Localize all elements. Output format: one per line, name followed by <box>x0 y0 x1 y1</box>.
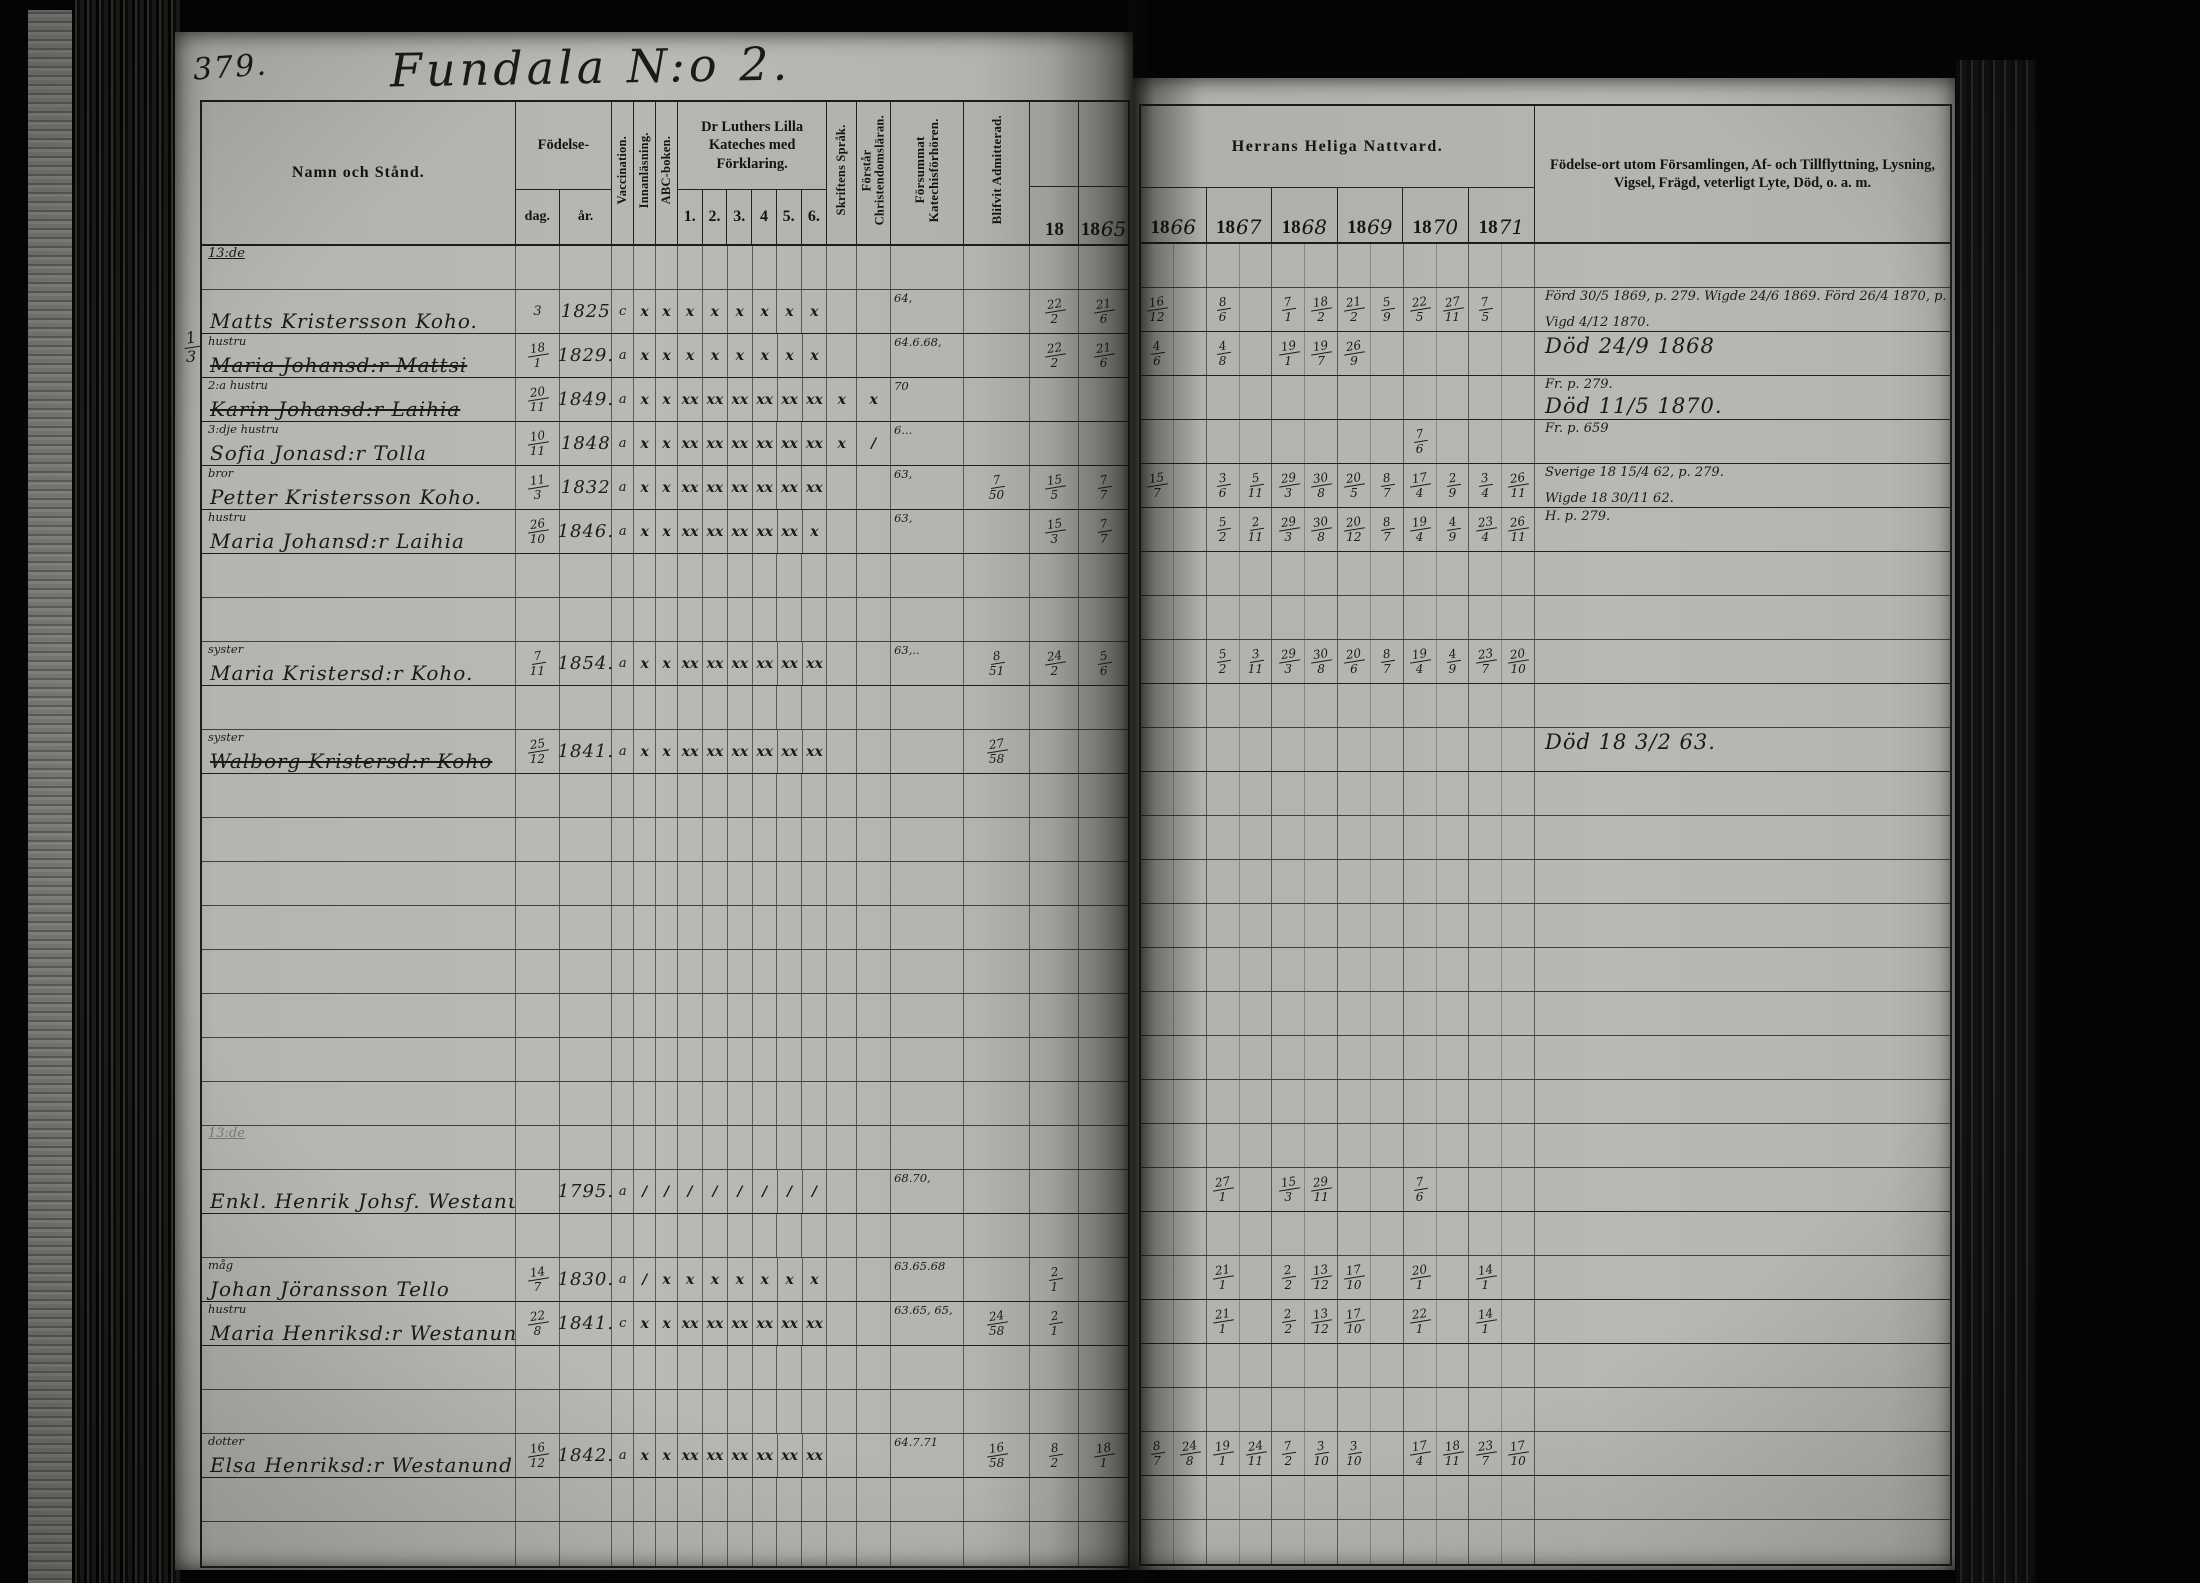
d: 3 <box>1284 487 1292 499</box>
birth-day-cell <box>516 1478 561 1521</box>
d: 11 <box>1510 487 1525 499</box>
n: 30 <box>1309 514 1332 531</box>
communion-date <box>1141 244 1174 287</box>
reading-mark-cell: x <box>634 290 656 333</box>
reading-mark-cell: xx <box>678 730 703 773</box>
remarks-cell: Fr. p. 659 <box>1535 420 1950 463</box>
d: 1 <box>1219 1191 1227 1203</box>
communion-date <box>1272 684 1305 727</box>
reading-mark-cell <box>634 950 656 993</box>
communion-date <box>1404 332 1437 375</box>
forsummat-cell <box>891 598 964 641</box>
communion-date <box>1305 1080 1337 1123</box>
ledger-row-left-10 <box>202 686 1128 730</box>
reading-mark-cell: xx <box>753 642 778 685</box>
year18a-cell: 222 <box>1030 334 1079 377</box>
communion-year-cell <box>1207 1124 1273 1167</box>
date-fraction: 87 <box>1380 472 1394 499</box>
year-script: 70 <box>1433 215 1458 239</box>
d: 2 <box>1050 313 1058 325</box>
date-fraction: 194 <box>1409 648 1430 675</box>
communion-year-cell <box>1141 420 1207 463</box>
reading-mark-cell <box>703 554 728 597</box>
communion-date <box>1272 596 1305 639</box>
header-forstar: Förstår Christendomsläran. <box>857 102 891 244</box>
communion-date: 174 <box>1404 1432 1437 1475</box>
n: 4 <box>1445 647 1461 663</box>
forstar-mark-cell <box>857 1434 891 1477</box>
n: 3 <box>1248 647 1264 663</box>
remarks-cell: Död 18 3/2 63. <box>1535 728 1950 771</box>
admitterad-cell <box>964 950 1031 993</box>
d: 3 <box>1284 663 1292 675</box>
communion-date: 2012 <box>1338 508 1371 551</box>
ledger-row-right-20 <box>1141 1124 1950 1168</box>
n: 7 <box>989 473 1005 489</box>
year18a-cell <box>1030 862 1079 905</box>
ledger-row-left-16 <box>202 950 1128 994</box>
reading-mark-cell <box>753 862 778 905</box>
n: 22 <box>1408 1306 1431 1323</box>
communion-date: 191 <box>1272 332 1305 375</box>
sprak-mark-cell <box>827 950 857 993</box>
communion-date <box>1437 376 1469 419</box>
ledger-row-left-28 <box>202 1478 1128 1522</box>
admitterad-cell <box>964 1038 1031 1081</box>
reading-mark-cell <box>802 818 827 861</box>
communion-date <box>1469 860 1502 903</box>
date-fraction: 21 <box>1048 1310 1062 1337</box>
reading-mark-cell <box>634 1346 656 1389</box>
date-fraction: 216 <box>1093 342 1114 369</box>
forstar-mark-cell <box>857 730 891 773</box>
communion-date <box>1371 420 1403 463</box>
communion-year-cell <box>1338 596 1404 639</box>
reading-mark-cell <box>678 1214 703 1257</box>
communion-date <box>1141 420 1174 463</box>
communion-year-cell <box>1338 552 1404 595</box>
reading-mark-cell: x <box>634 730 656 773</box>
remark-line: Vigd 4/12 1870. <box>1545 315 1946 331</box>
forstar-mark-cell <box>857 1126 891 1169</box>
ledger-row-right-7 <box>1141 552 1950 596</box>
communion-date <box>1469 420 1502 463</box>
name-cell: dotterElsa Henriksd:r Westanund <box>202 1434 516 1477</box>
reading-mark-cell <box>678 950 703 993</box>
year18a-cell <box>1030 1126 1079 1169</box>
admitterad-cell <box>964 906 1031 949</box>
sprak-mark-cell <box>827 1082 857 1125</box>
reading-mark-cell: xx <box>703 730 728 773</box>
name-cell <box>202 1346 516 1389</box>
communion-year-cell <box>1404 376 1470 419</box>
communion-date <box>1174 1080 1206 1123</box>
communion-year-cell <box>1338 1476 1404 1519</box>
communion-date <box>1174 288 1206 331</box>
reading-mark-cell: xx <box>753 730 778 773</box>
year18b-cell <box>1079 950 1128 993</box>
reading-mark-cell: x <box>753 290 778 333</box>
communion-date <box>1240 1388 1272 1431</box>
ledger-row-right-11: Död 18 3/2 63. <box>1141 728 1950 772</box>
ledger-row-left-9: systerMaria Kristersd:r Koho.7111854.axx… <box>202 642 1128 686</box>
reading-mark-cell: x <box>656 1434 678 1477</box>
header-year-18b-prefix: 18 <box>1081 219 1100 241</box>
date-fraction: 141 <box>1475 1264 1496 1291</box>
reading-mark-cell: x <box>656 510 678 553</box>
d: 7 <box>1481 1455 1489 1467</box>
communion-date <box>1404 1520 1437 1564</box>
date-fraction: 72 <box>1281 1440 1295 1467</box>
reading-mark-cell <box>728 862 753 905</box>
ledger-row-right-28 <box>1141 1476 1950 1520</box>
header-year-1867: 1867 <box>1207 188 1273 242</box>
reading-mark-cell <box>678 1522 703 1566</box>
remarks-cell <box>1535 1388 1950 1431</box>
birth-day-cell <box>516 1346 561 1389</box>
name-cell <box>202 818 516 861</box>
ledger-row-left-14 <box>202 862 1128 906</box>
vaccination-cell: a <box>612 1170 634 1213</box>
date-fraction: 34 <box>1478 472 1492 499</box>
d: 50 <box>989 489 1004 501</box>
sprak-mark-cell <box>827 554 857 597</box>
year-prefix: 18 <box>1151 217 1170 239</box>
communion-date: 52 <box>1207 640 1240 683</box>
date-fraction: 228 <box>527 1310 548 1337</box>
communion-year-cell: 2252711 <box>1404 288 1470 331</box>
date-fraction: 237 <box>1475 1440 1496 1467</box>
reading-mark-cell <box>777 950 802 993</box>
communion-date <box>1502 992 1534 1035</box>
communion-year-cell <box>1338 1344 1404 1387</box>
reading-mark-cell <box>678 1082 703 1125</box>
remarks-cell <box>1535 1256 1950 1299</box>
vaccination-cell: a <box>612 730 634 773</box>
hc-bot: 18 <box>1030 187 1078 244</box>
communion-year-cell <box>1207 1520 1273 1564</box>
name-cell: systerMaria Kristersd:r Koho. <box>202 642 516 685</box>
remark-line: Död 11/5 1870. <box>1545 393 1946 419</box>
d: 4 <box>1481 531 1489 543</box>
communion-year-cell <box>1469 1124 1535 1167</box>
date-fraction: 211 <box>1212 1308 1233 1335</box>
forsummat-cell <box>891 1390 964 1433</box>
remark-line: Död 18 3/2 63. <box>1545 729 1946 755</box>
d: 1 <box>534 357 542 369</box>
date-fraction: 13 <box>183 330 199 365</box>
n: 2 <box>1280 1263 1296 1279</box>
vaccination-cell <box>612 554 634 597</box>
communion-date <box>1371 1300 1403 1343</box>
date-fraction: 711 <box>530 650 545 677</box>
reading-mark-cell <box>802 1082 827 1125</box>
role-label: 13:de <box>208 1126 245 1141</box>
communion-date <box>1469 992 1502 1035</box>
communion-date <box>1371 1476 1403 1519</box>
role-label: hustru <box>208 510 246 524</box>
communion-date: 87 <box>1371 640 1403 683</box>
year-prefix: 18 <box>1479 217 1498 239</box>
d: 11 <box>1248 1455 1263 1467</box>
communion-date <box>1207 728 1240 771</box>
communion-date: 87 <box>1141 1432 1174 1475</box>
reading-mark-cell: x <box>634 378 656 421</box>
vaccination-cell: a <box>612 1258 634 1301</box>
n: 8 <box>989 649 1005 665</box>
ledger-row-left-12 <box>202 774 1128 818</box>
communion-date <box>1371 816 1403 859</box>
d: 5 <box>1416 311 1424 323</box>
reading-mark-cell: xx <box>678 642 703 685</box>
reading-mark-cell: xx <box>753 1434 778 1477</box>
d: 2 <box>1317 311 1325 323</box>
communion-date <box>1305 376 1337 419</box>
role-label: hustru <box>208 1302 246 1316</box>
communion-year-cell <box>1141 552 1207 595</box>
sprak-mark-cell <box>827 1434 857 1477</box>
ledger-row-left-2: hustruMaria Johansd:r Mattsi1811829.axxx… <box>202 334 1128 378</box>
communion-date <box>1305 948 1337 991</box>
n: 18 <box>1092 1440 1115 1457</box>
communion-date: 311 <box>1240 640 1272 683</box>
communion-date <box>1141 1080 1174 1123</box>
reading-mark-cell <box>656 1346 678 1389</box>
communion-year-cell <box>1404 816 1470 859</box>
remarks-cell: Död 24/9 1868 <box>1535 332 1950 375</box>
birth-day-cell <box>516 1170 561 1213</box>
admitterad-cell: 750 <box>964 466 1031 509</box>
reading-mark-cell: xx <box>803 1434 828 1477</box>
d: 5 <box>1481 311 1489 323</box>
communion-date <box>1502 244 1534 287</box>
communion-year-cell <box>1141 596 1207 639</box>
person-name: Karin Johansd:r Laihia <box>210 397 460 421</box>
n: 17 <box>1342 1262 1365 1279</box>
reading-mark-cell <box>634 1126 656 1169</box>
admitterad-cell <box>964 774 1031 817</box>
d: 3 <box>1284 1191 1292 1203</box>
n: 30 <box>1309 470 1332 487</box>
birth-year-cell <box>560 1082 612 1125</box>
communion-year-cell: 201 <box>1404 1256 1470 1299</box>
communion-year-cell <box>1404 1476 1470 1519</box>
reading-mark-cell <box>728 906 753 949</box>
birth-year-cell: 1841. <box>560 1302 612 1345</box>
d: 7 <box>1383 487 1391 499</box>
d: 11 <box>1445 1455 1460 1467</box>
sprak-mark-cell <box>827 290 857 333</box>
birth-day-cell: 1011 <box>516 422 561 465</box>
reading-mark-cell <box>728 1346 753 1389</box>
admitterad-cell <box>964 818 1031 861</box>
d: 12 <box>1313 1279 1328 1291</box>
reading-mark-cell <box>777 1214 802 1257</box>
forsummat-cell <box>891 862 964 905</box>
forsummat-cell: 64, <box>891 290 964 333</box>
communion-date <box>1437 728 1469 771</box>
communion-date <box>1469 948 1502 991</box>
remarks-cell <box>1535 1124 1950 1167</box>
forsummat-cell <box>891 1126 964 1169</box>
n: 27 <box>985 736 1008 753</box>
date-fraction: 1710 <box>1507 1440 1528 1467</box>
communion-year-cell <box>1141 860 1207 903</box>
d: 10 <box>1346 1455 1361 1467</box>
communion-date <box>1502 1256 1534 1299</box>
communion-date <box>1404 816 1437 859</box>
d: 4 <box>1481 487 1489 499</box>
communion-year-cell <box>1272 1476 1338 1519</box>
communion-year-cell <box>1469 1168 1535 1211</box>
communion-date <box>1141 596 1174 639</box>
reading-mark-cell: x <box>656 1258 678 1301</box>
date-fraction: 1612 <box>1146 296 1167 323</box>
header-admitterad-label: Blifvit Admitterad. <box>964 102 1030 238</box>
communion-date: 221 <box>1404 1300 1437 1343</box>
year-prefix: 18 <box>1216 217 1235 239</box>
d: 7 <box>1481 663 1489 675</box>
d: 6 <box>1219 311 1227 323</box>
communion-date <box>1437 772 1469 815</box>
reading-mark-cell: xx <box>703 466 728 509</box>
communion-date <box>1272 904 1305 947</box>
communion-date: 201 <box>1404 1256 1437 1299</box>
communion-year-cell <box>1338 1080 1404 1123</box>
year18b-cell <box>1079 1126 1128 1169</box>
year18a-cell <box>1030 1478 1079 1521</box>
header-year-18a: 18 <box>1030 102 1079 244</box>
communion-date <box>1502 1344 1534 1387</box>
ledger-row-right-17 <box>1141 992 1950 1036</box>
communion-date <box>1338 992 1371 1035</box>
reading-mark-cell <box>656 906 678 949</box>
communion-year-cell <box>1207 992 1273 1035</box>
sprak-mark-cell <box>827 774 857 817</box>
communion-year-cell <box>1469 1388 1535 1431</box>
communion-date <box>1305 1476 1337 1519</box>
date-fraction: 77 <box>1097 474 1111 501</box>
n: 23 <box>1474 514 1497 531</box>
vaccination-cell: a <box>612 378 634 421</box>
ledger-row-left-7 <box>202 554 1128 598</box>
year18b-cell: 216 <box>1079 290 1128 333</box>
reading-mark-cell: x <box>802 290 827 333</box>
header-kateches-3: 3. <box>727 190 752 244</box>
communion-date <box>1305 1388 1337 1431</box>
d: 1 <box>1219 1323 1227 1335</box>
communion-year-cell <box>1207 816 1273 859</box>
d: 11 <box>530 401 545 413</box>
birth-day-cell: 2610 <box>516 510 561 553</box>
person-name: Walborg Kristersd:r Koho <box>210 749 492 773</box>
reading-mark-cell <box>634 1478 656 1521</box>
admitterad-cell <box>964 1346 1031 1389</box>
communion-date <box>1469 1168 1502 1211</box>
communion-year-cell <box>1469 1476 1535 1519</box>
name-cell <box>202 1390 516 1433</box>
reading-mark-cell <box>753 1082 778 1125</box>
communion-year-cell: 48 <box>1207 332 1273 375</box>
birth-year-cell <box>560 554 612 597</box>
birth-day-cell: 3 <box>516 290 561 333</box>
vaccination-cell: a <box>612 642 634 685</box>
reading-mark-cell <box>703 1082 728 1125</box>
admitterad-cell <box>964 1390 1031 1433</box>
birth-day-cell <box>516 906 561 949</box>
vaccination-cell <box>612 1126 634 1169</box>
year18a-cell <box>1030 598 1079 641</box>
n: 7 <box>1477 295 1493 311</box>
birth-day-cell: 228 <box>516 1302 561 1345</box>
reading-mark-cell <box>728 1478 753 1521</box>
n: 16 <box>985 1440 1008 1457</box>
communion-year-cell <box>1141 992 1207 1035</box>
year18a-cell <box>1030 378 1079 421</box>
birth-year-cell: 1825 <box>560 290 612 333</box>
communion-date: 2711 <box>1437 288 1469 331</box>
forsummat-cell <box>891 906 964 949</box>
communion-date <box>1240 948 1272 991</box>
date-fraction: 52 <box>1216 516 1230 543</box>
communion-date <box>1502 728 1534 771</box>
reading-mark-cell <box>753 1126 778 1169</box>
communion-year-cell: 46 <box>1141 332 1207 375</box>
admitterad-cell <box>964 1522 1031 1566</box>
d: 51 <box>989 665 1004 677</box>
n: 21 <box>1342 294 1365 311</box>
communion-year-cell <box>1141 1476 1207 1519</box>
reading-mark-cell <box>634 994 656 1037</box>
reading-mark-cell <box>656 1390 678 1433</box>
reading-mark-cell <box>728 1082 753 1125</box>
d: 7 <box>1153 487 1161 499</box>
communion-year-cell <box>1207 860 1273 903</box>
reading-mark-cell <box>656 994 678 1037</box>
ledger-row-right-29 <box>1141 1520 1950 1564</box>
d: 1 <box>1481 1279 1489 1291</box>
communion-date <box>1437 1520 1469 1564</box>
sprak-mark-cell <box>827 1302 857 1345</box>
communion-date: 153 <box>1272 1168 1305 1211</box>
communion-date <box>1502 1388 1534 1431</box>
name-cell <box>202 554 516 597</box>
sprak-mark-cell <box>827 906 857 949</box>
admitterad-cell <box>964 686 1031 729</box>
communion-year-cell <box>1404 1520 1470 1564</box>
reading-mark-cell <box>656 774 678 817</box>
communion-year-cell <box>1141 1300 1207 1343</box>
reading-mark-cell <box>728 1038 753 1081</box>
n: 2 <box>1248 515 1264 531</box>
n: 2 <box>1280 1307 1296 1323</box>
communion-date: 310 <box>1305 1432 1337 1475</box>
communion-date <box>1174 244 1206 287</box>
communion-year-cell <box>1141 772 1207 815</box>
forstar-mark-cell: / <box>857 422 891 465</box>
date-fraction: 46 <box>1150 340 1164 367</box>
date-fraction: 2011 <box>527 386 548 413</box>
person-name: Elsa Henriksd:r Westanund <box>210 1453 513 1477</box>
communion-year-cell: 76 <box>1404 1168 1470 1211</box>
communion-date <box>1272 1036 1305 1079</box>
ledger-row-right-9: 5231129330820687194492372010 <box>1141 640 1950 684</box>
year-prefix: 18 <box>1413 217 1432 239</box>
date-fraction: 221 <box>1409 1308 1430 1335</box>
ledger-row-left-23: mågJohan Jöransson Tello1471830.a/xxxxxx… <box>202 1258 1128 1302</box>
communion-year-cell <box>1404 772 1470 815</box>
reading-mark-cell <box>703 994 728 1037</box>
